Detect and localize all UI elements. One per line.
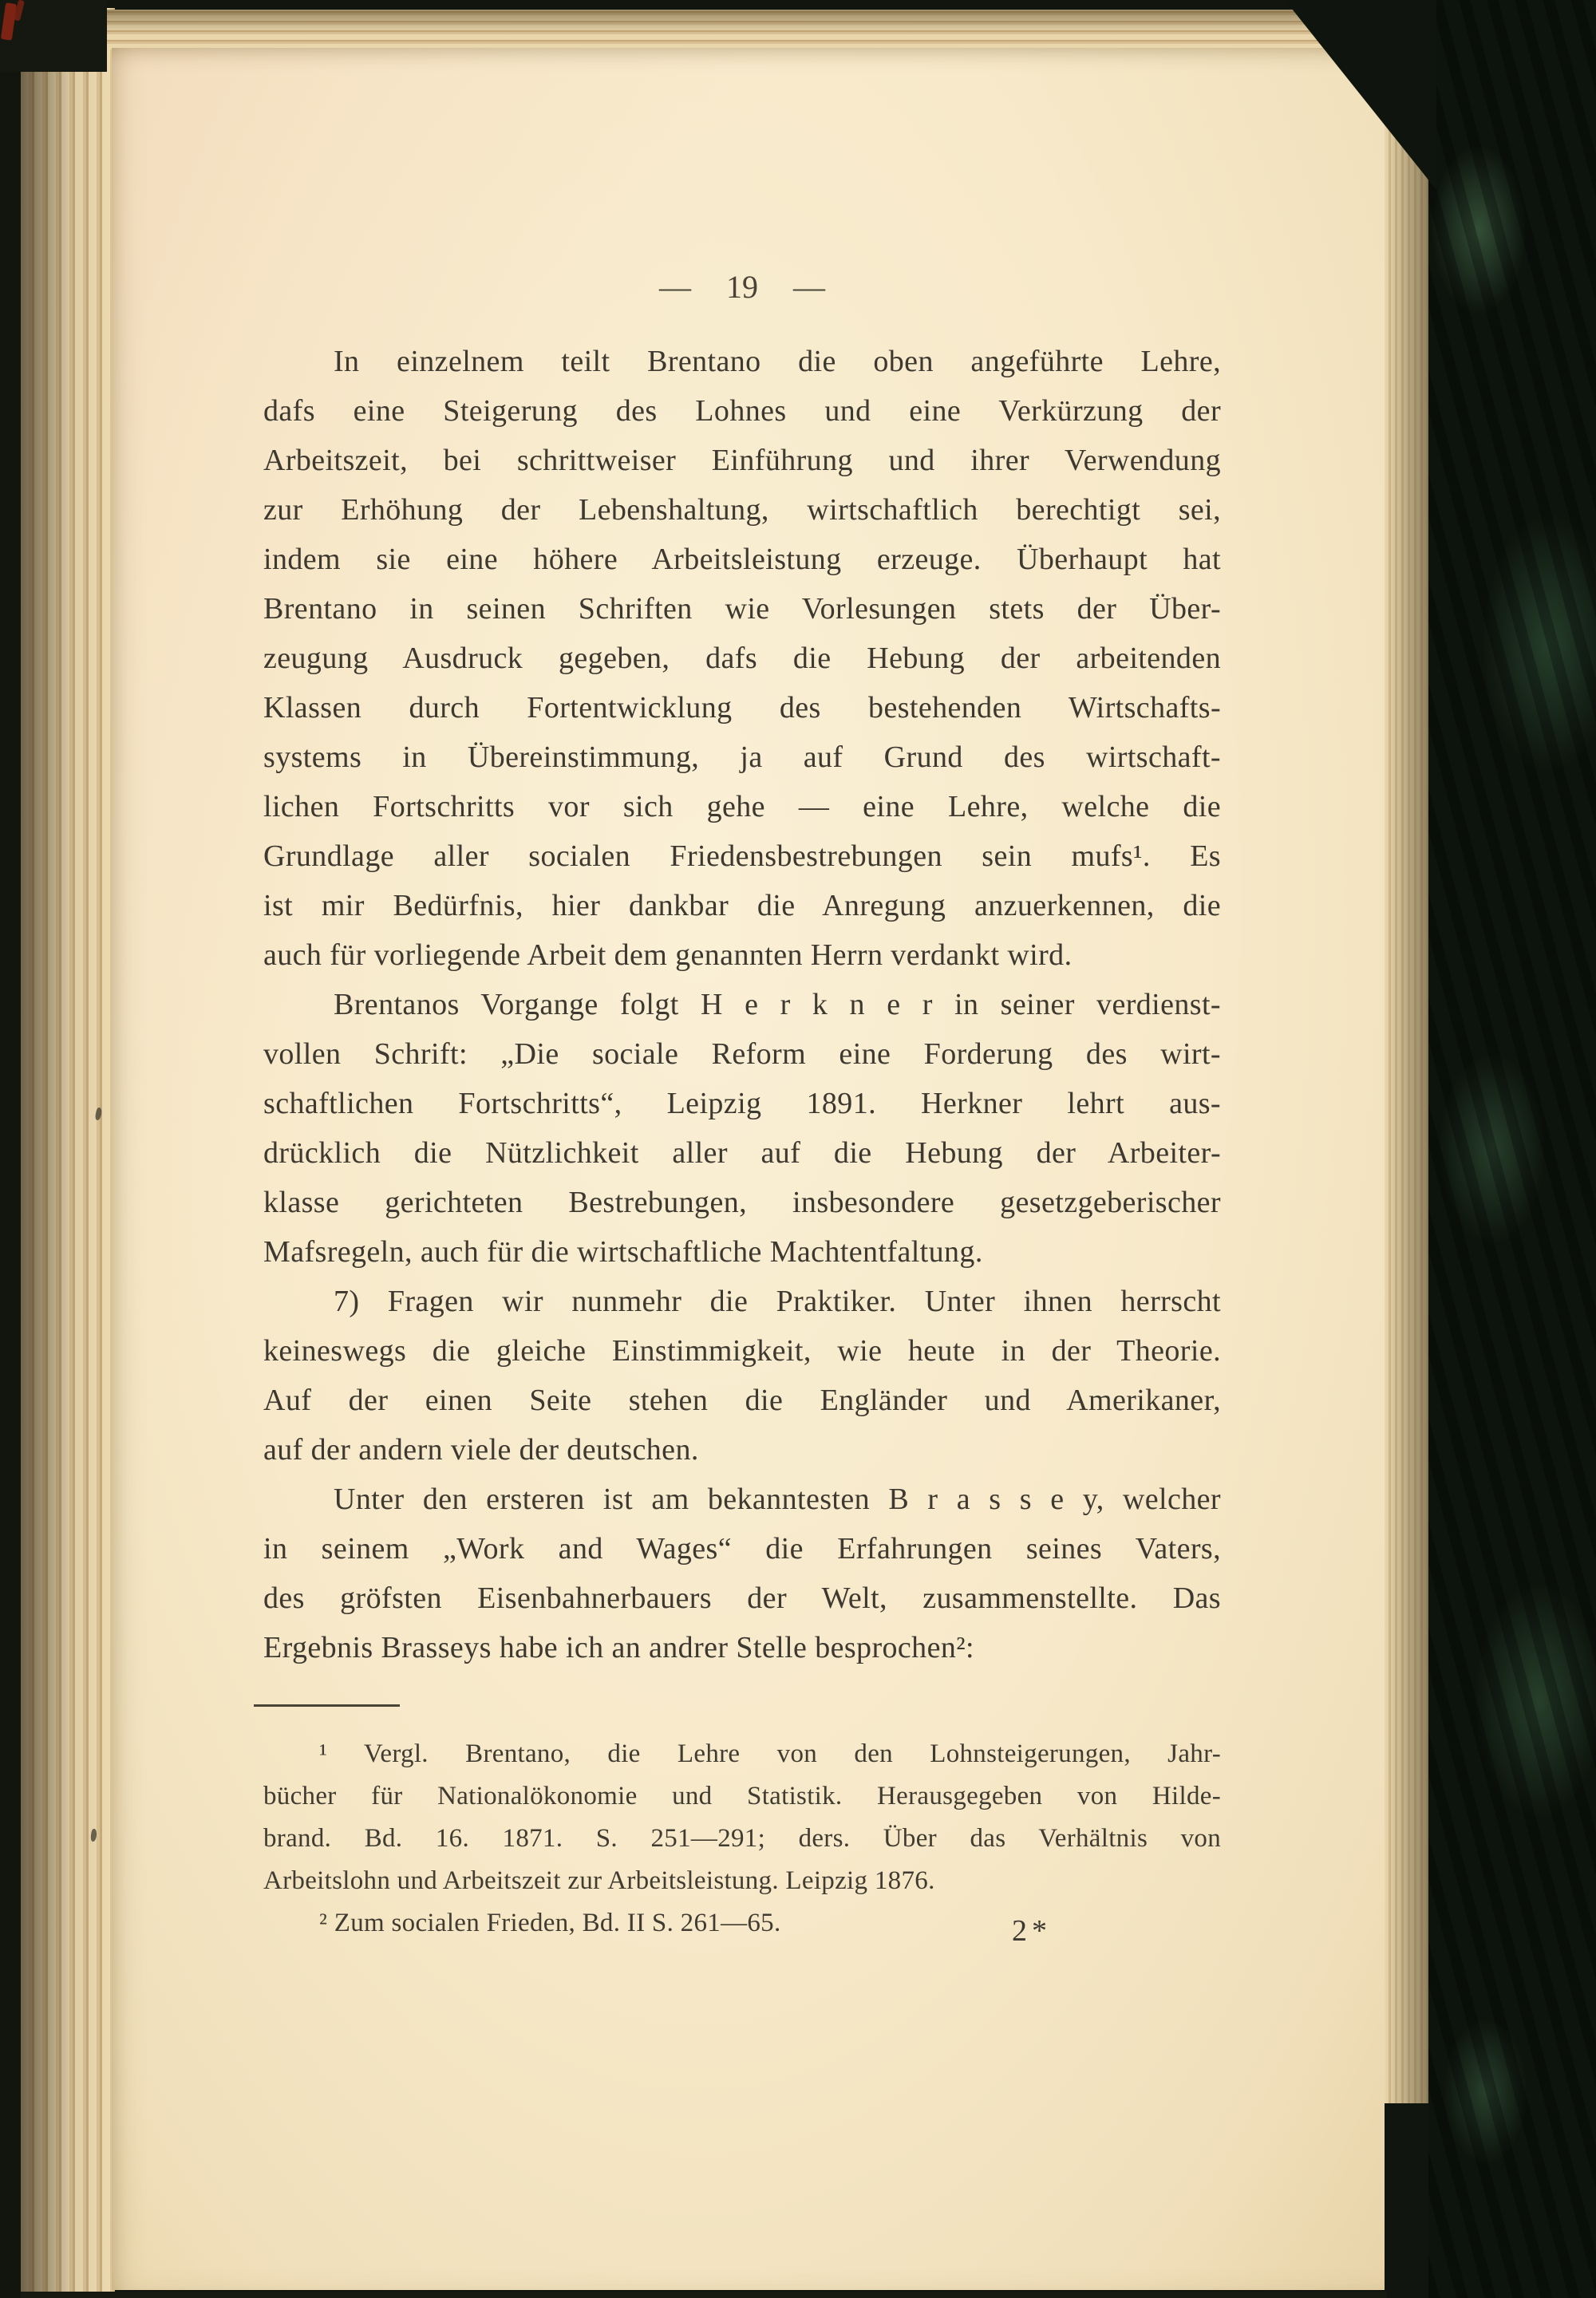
footnote-line: bücher für Nationalökonomie und Statisti…: [263, 1775, 1221, 1818]
text-line: vollen Schrift: „Die sociale Reform eine…: [263, 1029, 1221, 1079]
footnote-line: brand. Bd. 16. 1871. S. 251—291; ders. Ü…: [263, 1818, 1221, 1860]
text-line: keineswegs die gleiche Einstimmigkeit, w…: [263, 1326, 1221, 1376]
text-line: in seinem „Work and Wages“ die Erfahrung…: [263, 1524, 1221, 1573]
book-cover-right: [1428, 0, 1596, 2298]
text-line: Unter den ersteren ist am bekanntesten B…: [263, 1475, 1221, 1524]
text-line: Ergebnis Brasseys habe ich an andrer Ste…: [263, 1623, 1221, 1672]
text-line: 7) Fragen wir nunmehr die Praktiker. Unt…: [263, 1277, 1221, 1326]
scanned-book-page: — 19 — In einzelnem teilt Brentano die o…: [0, 0, 1596, 2298]
footnote-line: ¹ Vergl. Brentano, die Lehre von den Loh…: [263, 1733, 1221, 1775]
cover-red-mark: [14, 0, 25, 22]
footnote-line: Arbeitslohn und Arbeitszeit zur Arbeitsl…: [263, 1860, 1221, 1902]
left-page-edges: [21, 8, 115, 2292]
text-line: Arbeitszeit, bei schrittweiser Einführun…: [263, 436, 1221, 485]
text-line: dafs eine Steigerung des Lohnes und eine…: [263, 386, 1221, 436]
cover-red-mark: [1, 2, 17, 41]
text-line: indem sie eine höhere Arbeitsleistung er…: [263, 535, 1221, 584]
footnote-block: ¹ Vergl. Brentano, die Lehre von den Loh…: [263, 1733, 1221, 1945]
text-line: ist mir Bedürfnis, hier dankbar die Anre…: [263, 881, 1221, 930]
book-page: — 19 — In einzelnem teilt Brentano die o…: [112, 48, 1416, 2290]
text-line: drücklich die Nützlichkeit aller auf die…: [263, 1128, 1221, 1178]
text-line: Auf der einen Seite stehen die Engländer…: [263, 1376, 1221, 1425]
text-line: klasse gerichteten Bestrebungen, insbeso…: [263, 1178, 1221, 1227]
text-line: lichen Fortschritts vor sich gehe — eine…: [263, 782, 1221, 831]
right-fore-edge: [1385, 118, 1434, 2114]
main-text-block: In einzelnem teilt Brentano die oben ang…: [263, 337, 1221, 1672]
right-fore-edge-shadow: [1385, 2103, 1434, 2298]
signature-mark: 2*: [1012, 1913, 1052, 1949]
text-line: Brentanos Vorgange folgt H e r k n e r i…: [263, 980, 1221, 1029]
text-line: In einzelnem teilt Brentano die oben ang…: [263, 337, 1221, 386]
text-line: systems in Übereinstimmung, ja auf Grund…: [263, 732, 1221, 782]
book-cover-top-left: [0, 0, 107, 72]
text-line: auch für vorliegende Arbeit dem genannte…: [263, 930, 1221, 980]
text-line: zur Erhöhung der Lebenshaltung, wirtscha…: [263, 485, 1221, 535]
text-line: schaftlichen Fortschritts“, Leipzig 1891…: [263, 1079, 1221, 1128]
text-line: des gröfsten Eisenbahnerbauers der Welt,…: [263, 1573, 1221, 1623]
footnote-line: ² Zum socialen Frieden, Bd. II S. 261—65…: [263, 1902, 1221, 1945]
text-line: Mafsregeln, auch für die wirtschaftliche…: [263, 1227, 1221, 1277]
footnote-rule: [254, 1704, 400, 1707]
text-line: Klassen durch Fortentwicklung des besteh…: [263, 683, 1221, 732]
page-number: — 19 —: [263, 268, 1221, 306]
text-line: auf der andern viele der deutschen.: [263, 1425, 1221, 1475]
text-line: Brentano in seinen Schriften wie Vorlesu…: [263, 584, 1221, 634]
text-line: zeugung Ausdruck gegeben, dafs die Hebun…: [263, 634, 1221, 683]
bottom-edge-shadow: [21, 2292, 1387, 2298]
top-page-edges: [102, 10, 1335, 49]
text-line: Grundlage aller socialen Friedensbestreb…: [263, 831, 1221, 881]
